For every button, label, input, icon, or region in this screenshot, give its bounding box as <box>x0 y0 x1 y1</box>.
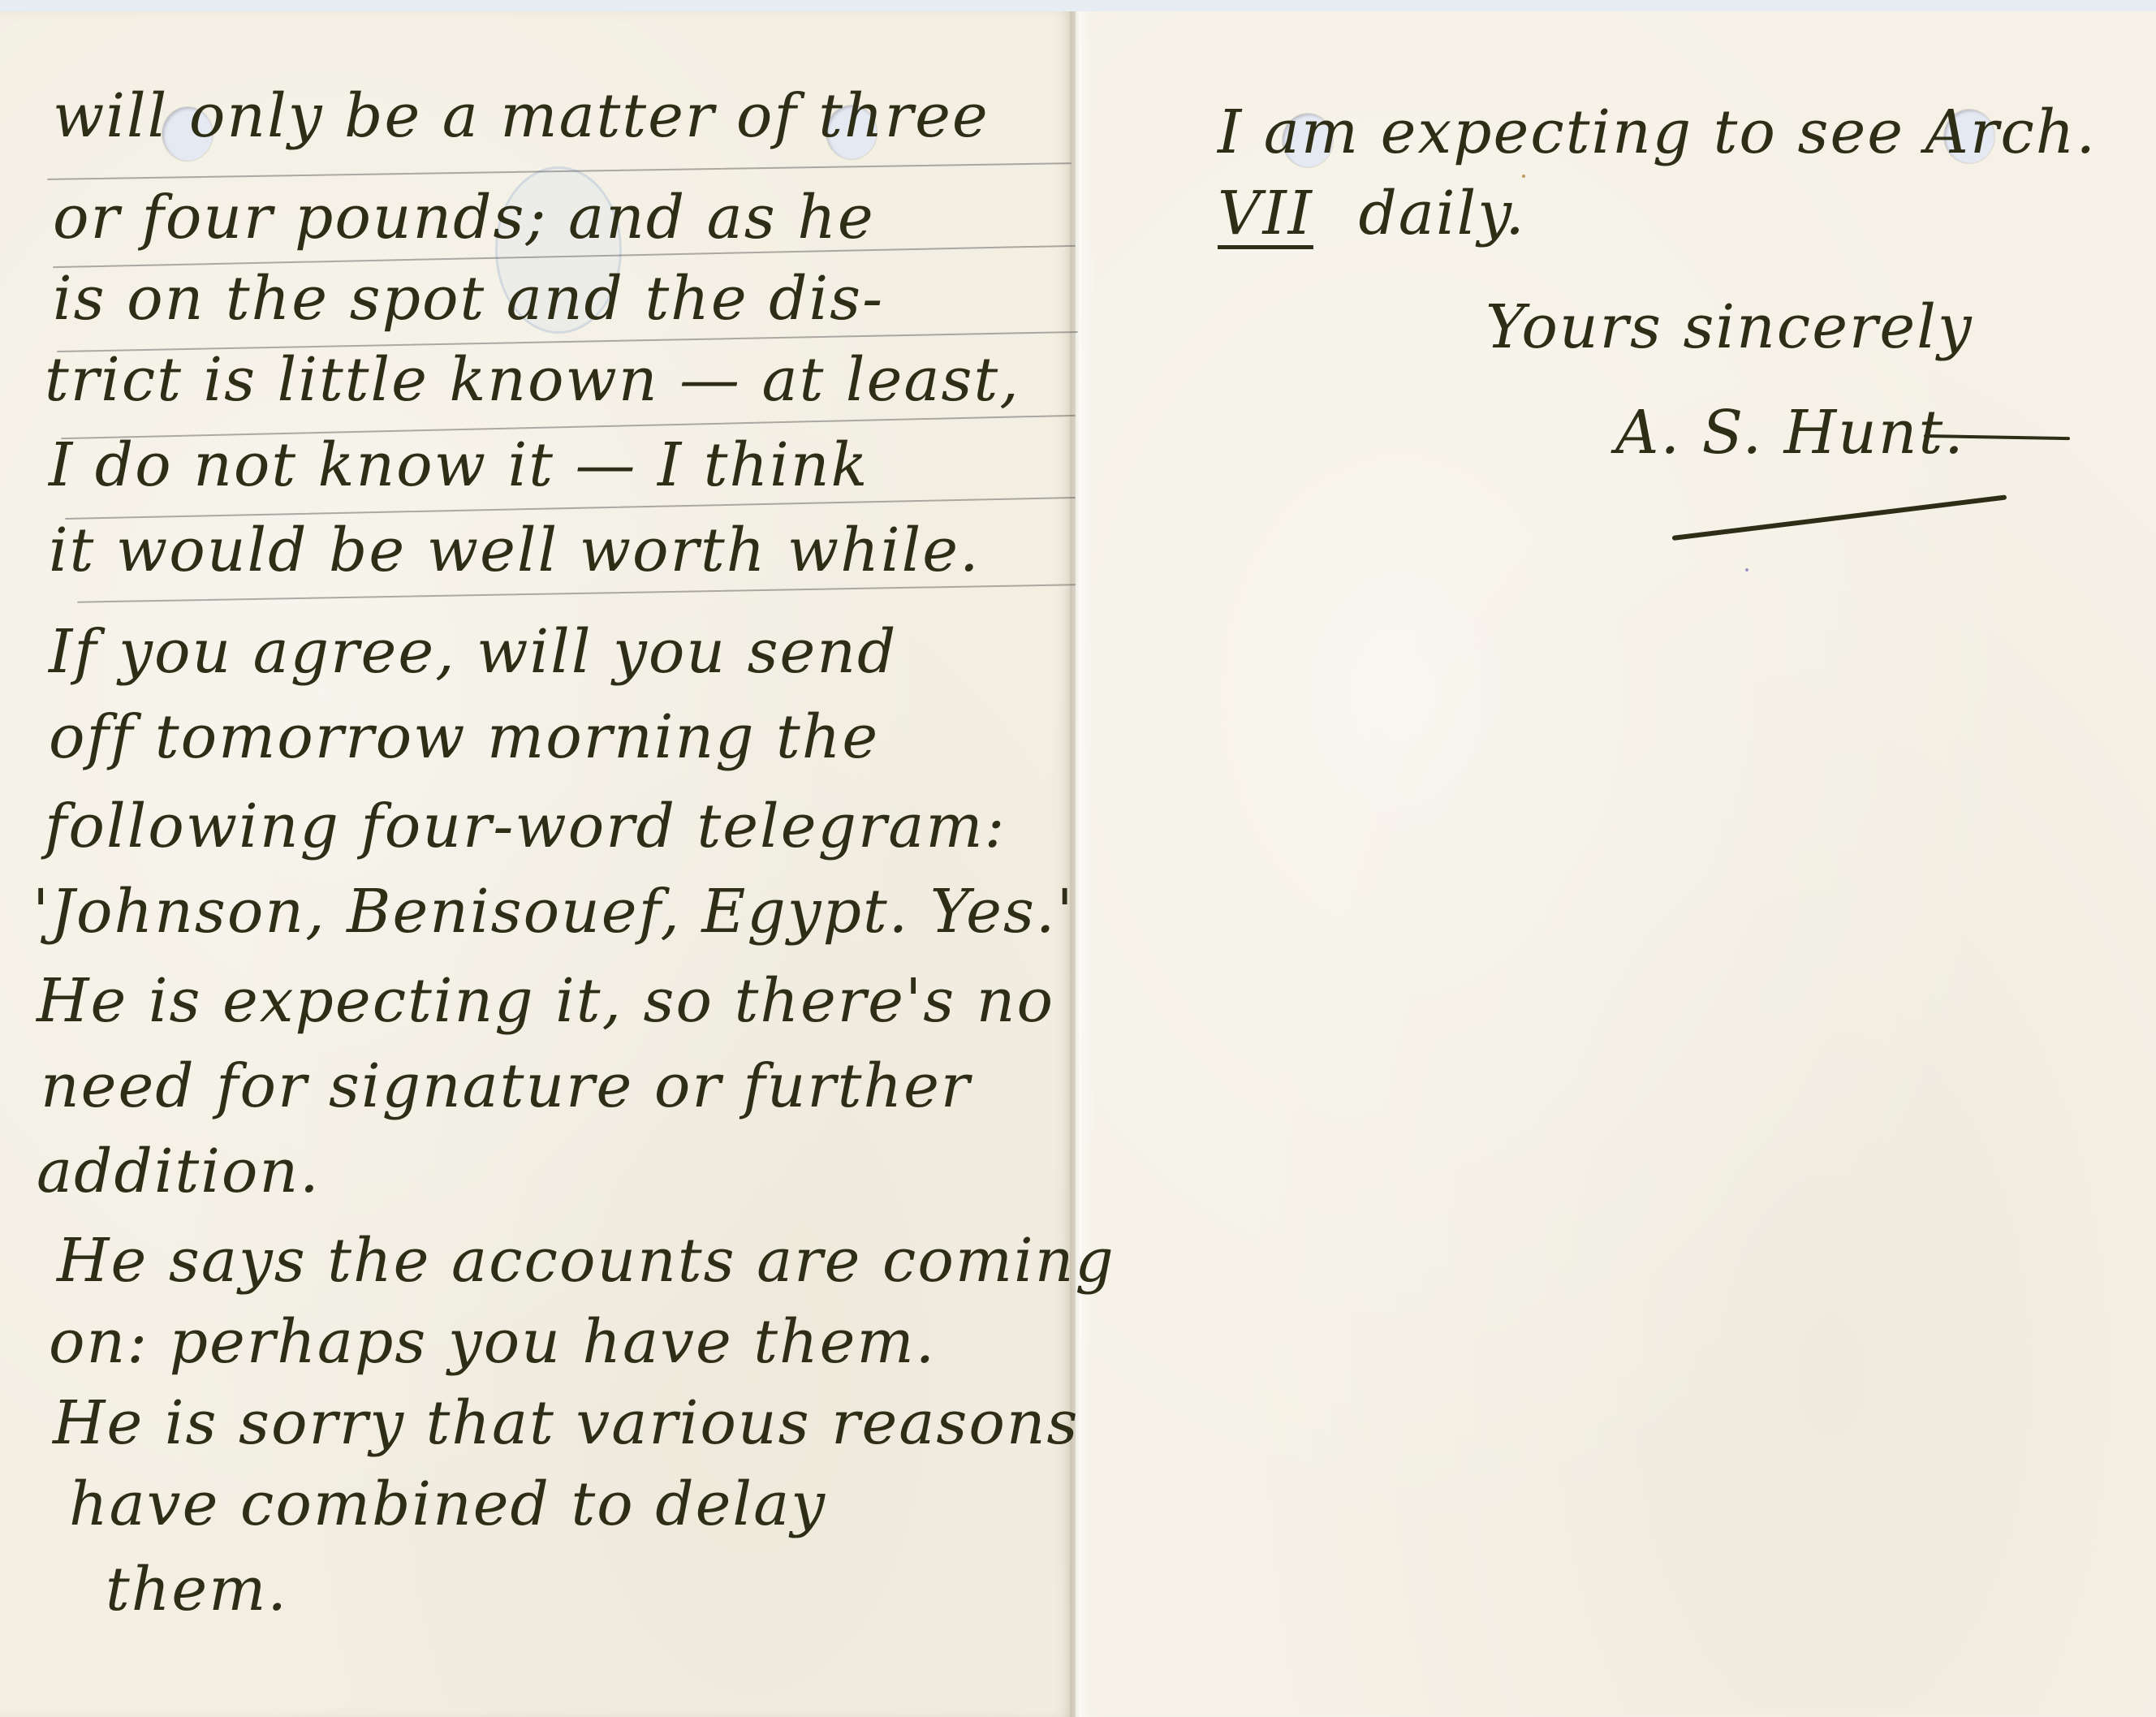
paper-speck <box>1745 568 1749 572</box>
letter-line: trict is little known — at least, <box>45 345 1020 415</box>
telegram-text: 'Johnson, Benisouef, Egypt. Yes.' <box>32 877 1075 947</box>
archive-volume-number: VII daily. <box>1218 179 1526 248</box>
paper-speck <box>1522 175 1525 178</box>
letter-line: addition. <box>37 1137 321 1206</box>
letter-line: have combined to delay <box>69 1469 826 1539</box>
letter-line: them. <box>106 1555 288 1624</box>
letter-line: it would be well worth while. <box>49 516 981 585</box>
letter-line: If you agree, will you send <box>49 617 897 687</box>
letter-line: following four-word telegram: <box>45 792 1006 861</box>
page-fold <box>1070 11 1081 1717</box>
letter-line: He says the accounts are coming <box>57 1226 1115 1296</box>
letter-line: or four pounds; and as he <box>53 183 875 252</box>
letter-line: on: perhaps you have them. <box>49 1307 936 1377</box>
letter-line: He is sorry that various reasons <box>53 1388 1080 1458</box>
letter-line: daily. <box>1358 179 1525 248</box>
letter-line: I do not know it — I think <box>49 430 869 500</box>
letter-page-right <box>1076 11 2156 1717</box>
signature: A. S. Hunt. <box>1615 398 1965 468</box>
letter-line: need for signature or further <box>41 1051 971 1121</box>
letter-line: He is expecting it, so there's no <box>37 966 1054 1036</box>
closing: Yours sincerely <box>1485 292 1973 362</box>
archive-volume-label: VII <box>1218 179 1313 248</box>
letter-line: will only be a matter of three <box>53 81 990 151</box>
letter-line: off tomorrow morning the <box>49 702 879 772</box>
letter-line: I am expecting to see Arch. <box>1218 97 2097 167</box>
letter-line: is on the spot and the dis- <box>53 264 884 334</box>
